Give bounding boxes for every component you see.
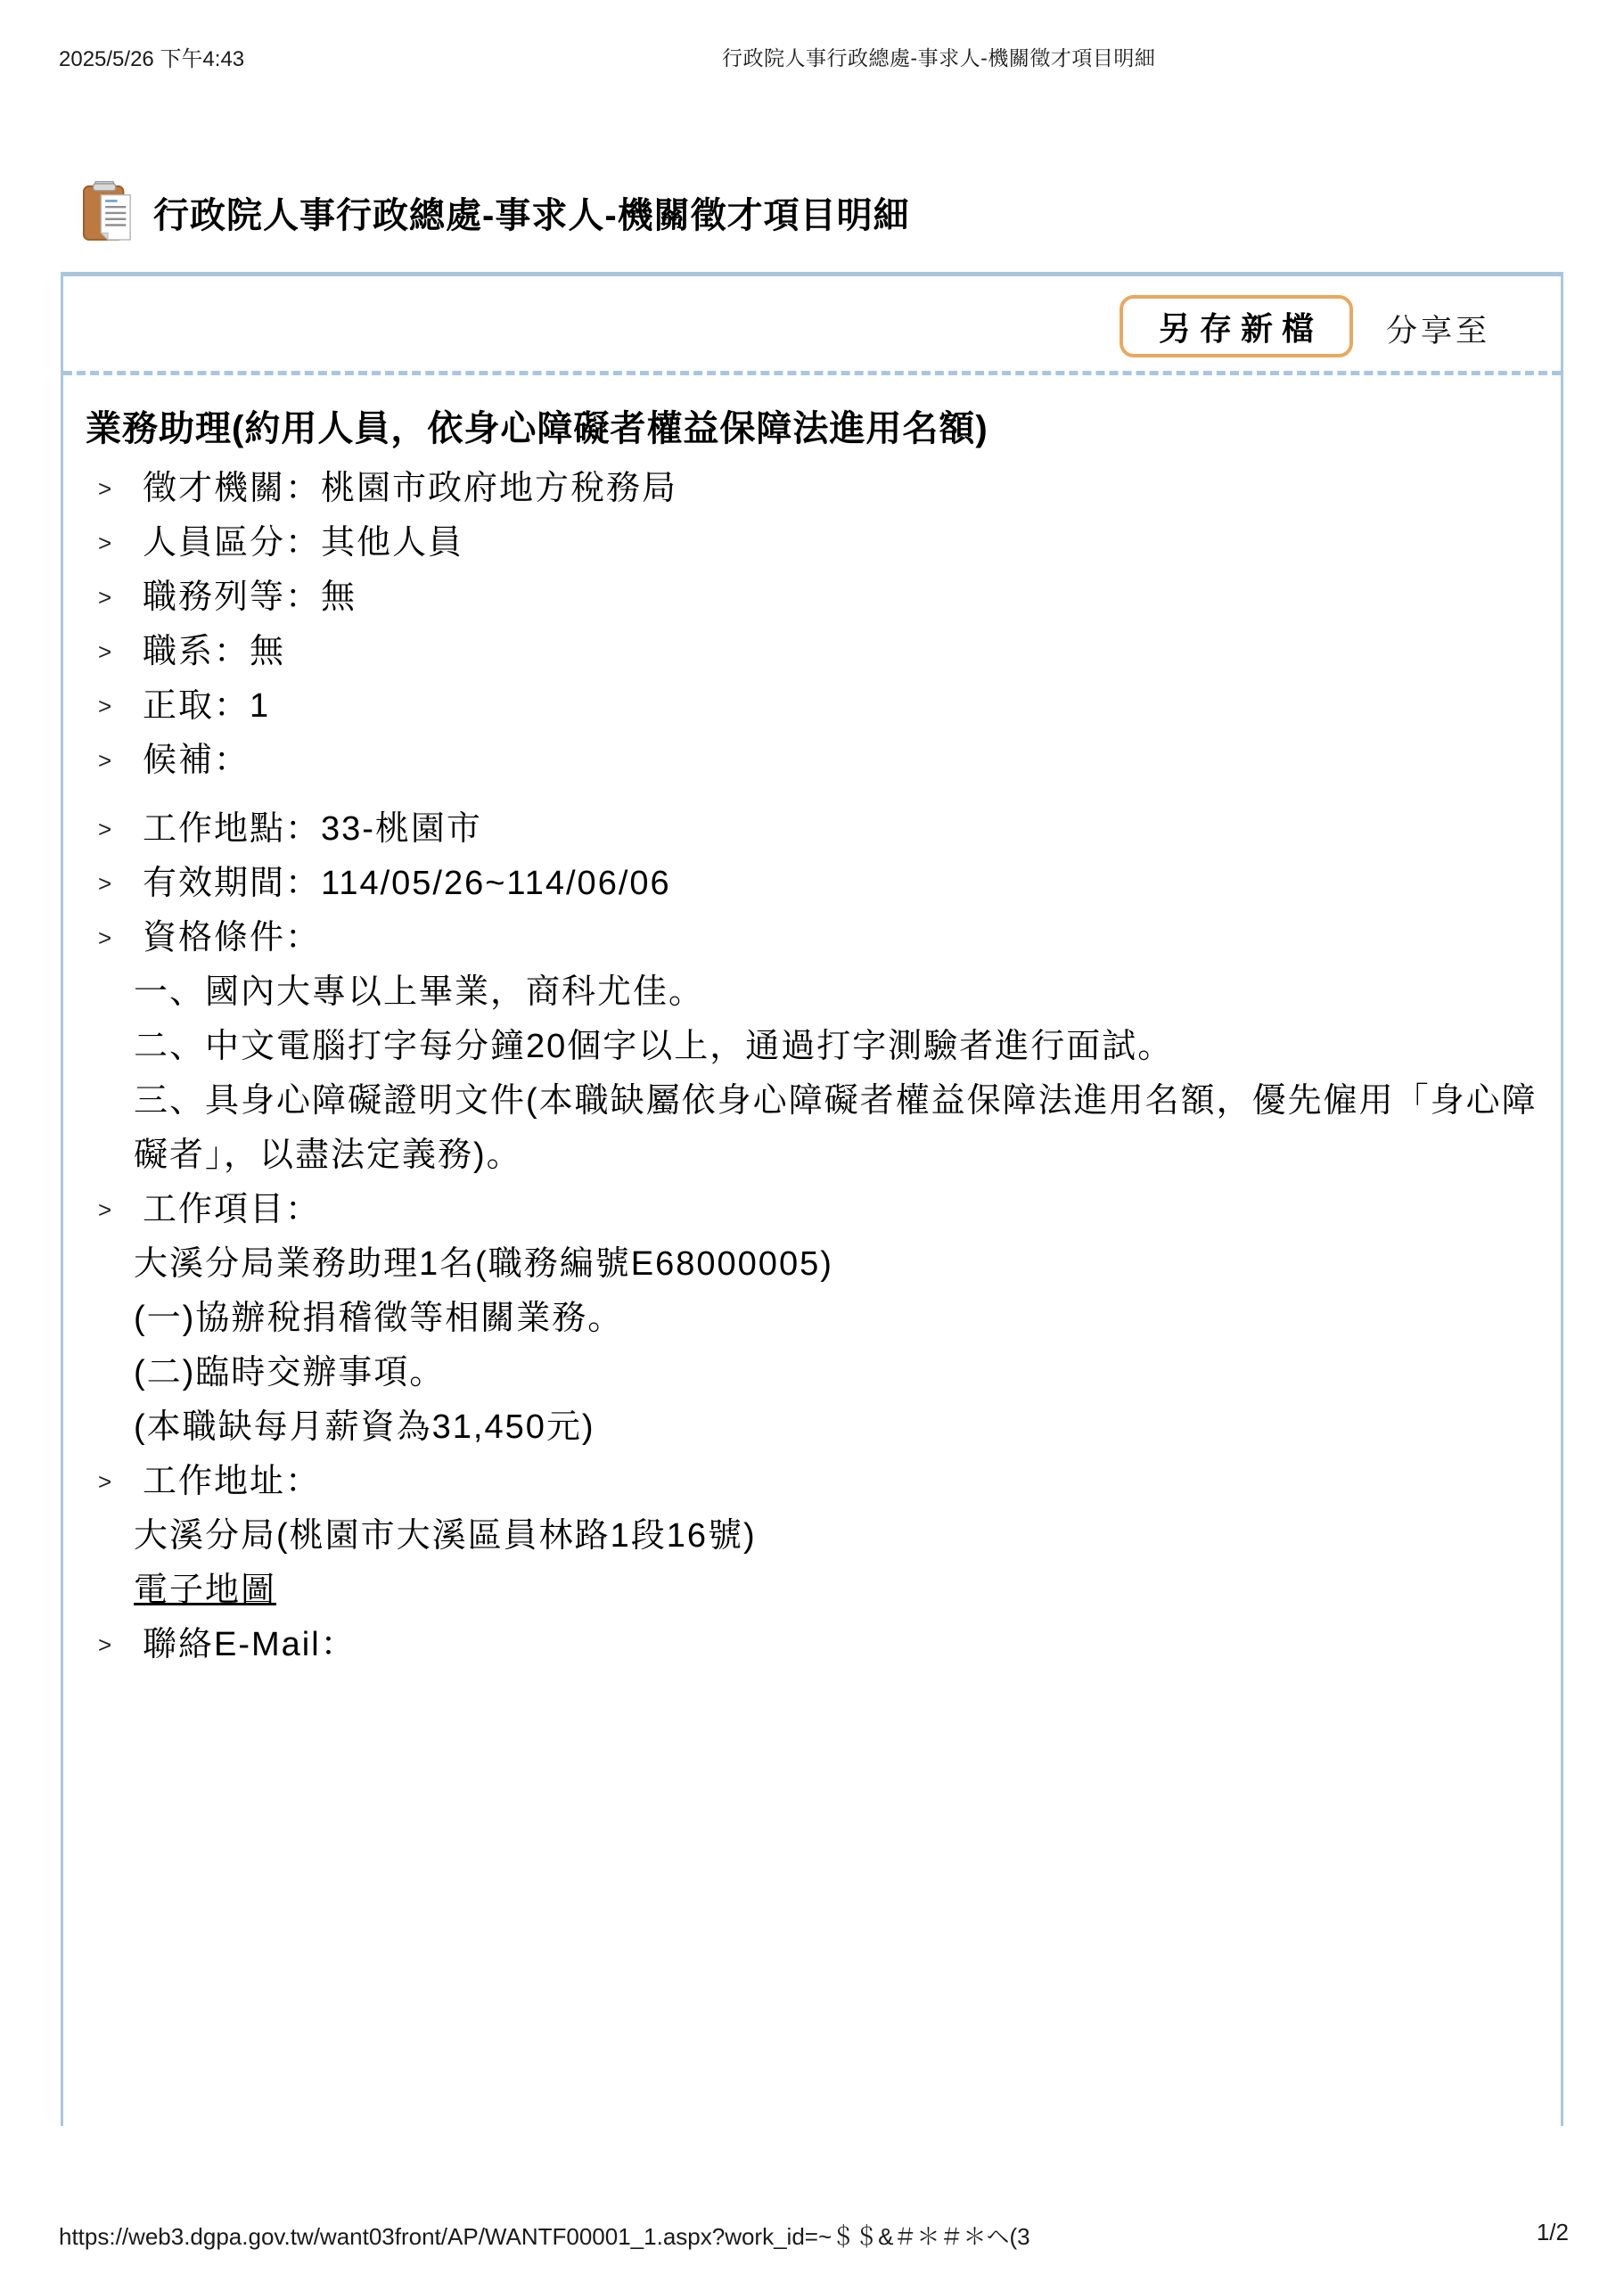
job-detail-row: (一)協辦稅捐稽徵等相關業務。 bbox=[63, 1292, 1551, 1346]
job-detail-text: 徵才機關：桃園市政府地方稅務局 bbox=[143, 470, 677, 507]
job-detail-row: 電子地圖 bbox=[63, 1564, 1551, 1618]
chevron-right-icon: > bbox=[98, 570, 113, 625]
job-detail-text: 工作項目： bbox=[143, 1191, 321, 1228]
print-header-doc-title: 行政院人事行政總處-事求人-機關徵才項目明細 bbox=[722, 42, 1155, 71]
job-detail-row: 大溪分局業務助理1名(職務編號E68000005) bbox=[63, 1237, 1551, 1292]
job-detail-text: 三、具身心障礙證明文件(本職缺屬依身心障礙者權益保障法進用名額，優先僱用「身心障… bbox=[134, 1082, 1538, 1174]
print-preview-page: { "print_header": { "timestamp": "2025/5… bbox=[0, 0, 1624, 2282]
chevron-right-icon: > bbox=[98, 802, 113, 857]
job-detail-text: 工作地點：33-桃園市 bbox=[143, 810, 482, 848]
print-footer-url: https://web3.dgpa.gov.tw/want03front/AP/… bbox=[59, 2219, 1030, 2252]
job-detail-row: >聯絡E-Mail： bbox=[63, 1618, 1561, 1672]
job-detail-row: >職務列等：無 bbox=[63, 570, 1561, 625]
job-detail-row: 一、國內大專以上畢業，商科尤佳。 bbox=[63, 965, 1551, 1020]
print-header-timestamp: 2025/5/26 下午4:43 bbox=[59, 41, 244, 72]
job-detail-row: >資格條件： bbox=[63, 911, 1561, 965]
print-footer-page-number: 1/2 bbox=[1537, 2219, 1569, 2246]
chevron-right-icon: > bbox=[98, 911, 113, 965]
job-detail-text: 一、國內大專以上畢業，商科尤佳。 bbox=[134, 973, 704, 1011]
share-button[interactable]: 分享至 bbox=[1386, 307, 1490, 351]
chevron-right-icon: > bbox=[98, 516, 113, 570]
job-detail-text: 工作地址： bbox=[143, 1463, 321, 1500]
job-detail-text: 資格條件： bbox=[143, 919, 321, 956]
chevron-right-icon: > bbox=[98, 625, 113, 679]
job-detail-row: >正取：1 bbox=[63, 679, 1561, 734]
job-detail-row: 二、中文電腦打字每分鐘20個字以上，通過打字測驗者進行面試。 bbox=[63, 1020, 1551, 1074]
page-heading: 行政院人事行政總處-事求人-機關徵才項目明細 bbox=[82, 181, 910, 243]
job-detail-text: 聯絡E-Mail： bbox=[143, 1626, 357, 1663]
job-detail-row: (本職缺每月薪資為31,450元) bbox=[63, 1400, 1551, 1455]
job-detail-text: 職務列等：無 bbox=[143, 579, 357, 616]
job-detail-row: 大溪分局(桃園市大溪區員林路1段16號) bbox=[63, 1509, 1551, 1564]
chevron-right-icon: > bbox=[98, 1455, 113, 1509]
job-title: 業務助理(約用人員，依身心障礙者權益保障法進用名額) bbox=[86, 400, 1561, 451]
job-detail-text: (二)臨時交辦事項。 bbox=[134, 1354, 445, 1391]
page-title: 行政院人事行政總處-事求人-機關徵才項目明細 bbox=[153, 187, 910, 238]
job-detail-text: 有效期間：114/05/26~114/06/06 bbox=[143, 865, 671, 902]
job-detail-text: 二、中文電腦打字每分鐘20個字以上，通過打字測驗者進行面試。 bbox=[134, 1028, 1173, 1065]
job-detail-row: >候補： bbox=[63, 734, 1561, 788]
job-detail-row: >工作地址： bbox=[63, 1455, 1561, 1509]
job-detail-row: >徵才機關：桃園市政府地方稅務局 bbox=[63, 462, 1561, 516]
job-detail-text: 大溪分局業務助理1名(職務編號E68000005) bbox=[134, 1245, 833, 1283]
chevron-right-icon: > bbox=[98, 1183, 113, 1237]
job-detail-section: 業務助理(約用人員，依身心障礙者權益保障法進用名額) >徵才機關：桃園市政府地方… bbox=[63, 375, 1561, 1672]
job-detail-row: 三、具身心障礙證明文件(本職缺屬依身心障礙者權益保障法進用名額，優先僱用「身心障… bbox=[63, 1074, 1551, 1183]
job-detail-row: (二)臨時交辦事項。 bbox=[63, 1346, 1551, 1400]
job-details-list: >徵才機關：桃園市政府地方稅務局>人員區分：其他人員>職務列等：無>職系：無>正… bbox=[63, 462, 1561, 1672]
content-panel: 另存新檔 分享至 業務助理(約用人員，依身心障礙者權益保障法進用名額) >徵才機… bbox=[61, 272, 1563, 2126]
electronic-map-link[interactable]: 電子地圖 bbox=[134, 1572, 276, 1609]
chevron-right-icon: > bbox=[98, 462, 113, 516]
job-detail-row: >有效期間：114/05/26~114/06/06 bbox=[63, 857, 1561, 911]
job-detail-text: 大溪分局(桃園市大溪區員林路1段16號) bbox=[134, 1517, 757, 1555]
job-detail-text: 職系：無 bbox=[143, 633, 285, 670]
chevron-right-icon: > bbox=[98, 679, 113, 734]
job-detail-row: >工作地點：33-桃園市 bbox=[63, 802, 1561, 857]
job-detail-row: >職系：無 bbox=[63, 625, 1561, 679]
job-detail-row: >工作項目： bbox=[63, 1183, 1561, 1237]
job-detail-row: >人員區分：其他人員 bbox=[63, 516, 1561, 570]
job-detail-text: 候補： bbox=[143, 742, 250, 779]
chevron-right-icon: > bbox=[98, 734, 113, 788]
job-detail-text: (一)協辦稅捐稽徵等相關業務。 bbox=[134, 1300, 623, 1337]
job-detail-text: 正取：1 bbox=[143, 687, 270, 725]
save-as-button[interactable]: 另存新檔 bbox=[1120, 295, 1353, 357]
clipboard-document-icon bbox=[82, 181, 134, 243]
chevron-right-icon: > bbox=[98, 857, 113, 911]
chevron-right-icon: > bbox=[98, 1618, 113, 1672]
job-detail-text: 人員區分：其他人員 bbox=[143, 524, 463, 562]
toolbar: 另存新檔 分享至 bbox=[63, 276, 1561, 375]
job-detail-text: (本職缺每月薪資為31,450元) bbox=[134, 1408, 595, 1446]
